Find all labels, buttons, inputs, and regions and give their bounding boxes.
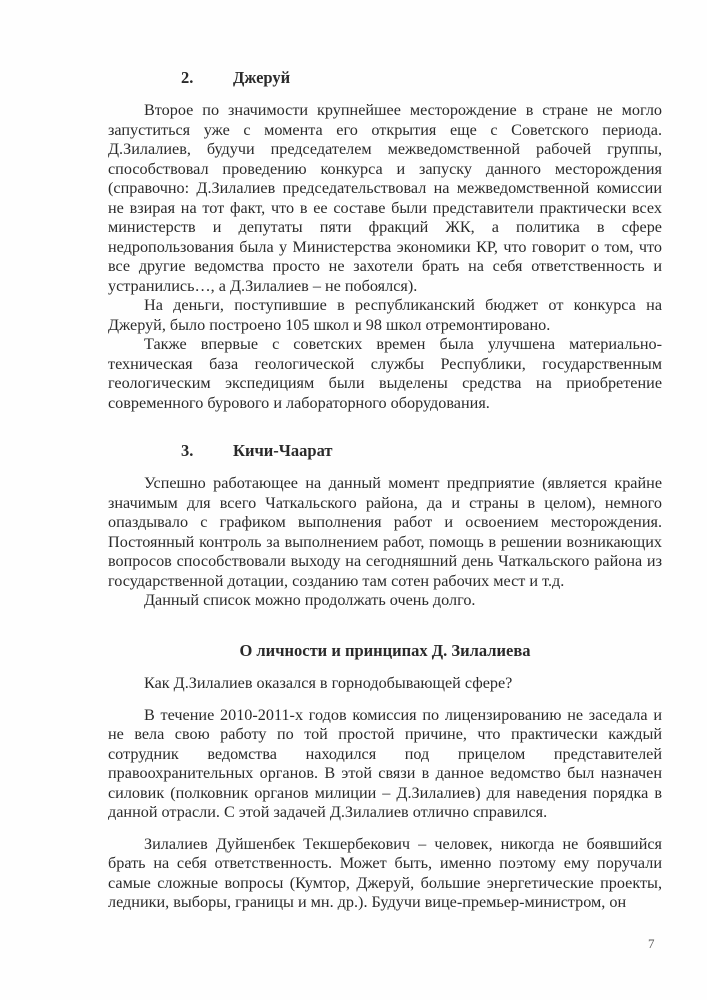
- paragraph: Также впервые с советских времен была ул…: [108, 335, 662, 413]
- section-heading-djeruy: 2. Джеруй: [108, 65, 662, 87]
- section-number: 2.: [181, 68, 233, 88]
- paragraph: Второе по значимости крупнейшее месторож…: [108, 101, 662, 296]
- paragraph: На деньги, поступившие в республиканский…: [108, 296, 662, 335]
- personality-section-title: О личности и принципах Д. Зилалиева: [108, 641, 662, 661]
- page-number: 7: [648, 936, 655, 952]
- paragraph: В течение 2010-2011-х годов комиссия по …: [108, 706, 662, 823]
- section-title: Джеруй: [233, 68, 290, 88]
- section-question: Как Д.Зилалиев оказался в горнодобывающе…: [108, 674, 662, 694]
- document-page: 2. Джеруй Второе по значимости крупнейше…: [0, 0, 707, 1000]
- document-body: 2. Джеруй Второе по значимости крупнейше…: [108, 65, 662, 913]
- paragraph: Успешно работающее на данный момент пред…: [108, 474, 662, 591]
- section-number: 3.: [181, 441, 233, 461]
- section-title: Кичи-Чаарат: [233, 441, 333, 461]
- paragraph: Зилалиев Дуйшенбек Текшербекович – челов…: [108, 835, 662, 913]
- paragraph: Данный список можно продолжать очень дол…: [108, 591, 662, 611]
- section-heading-kichi-chaarat: 3. Кичи-Чаарат: [108, 438, 662, 460]
